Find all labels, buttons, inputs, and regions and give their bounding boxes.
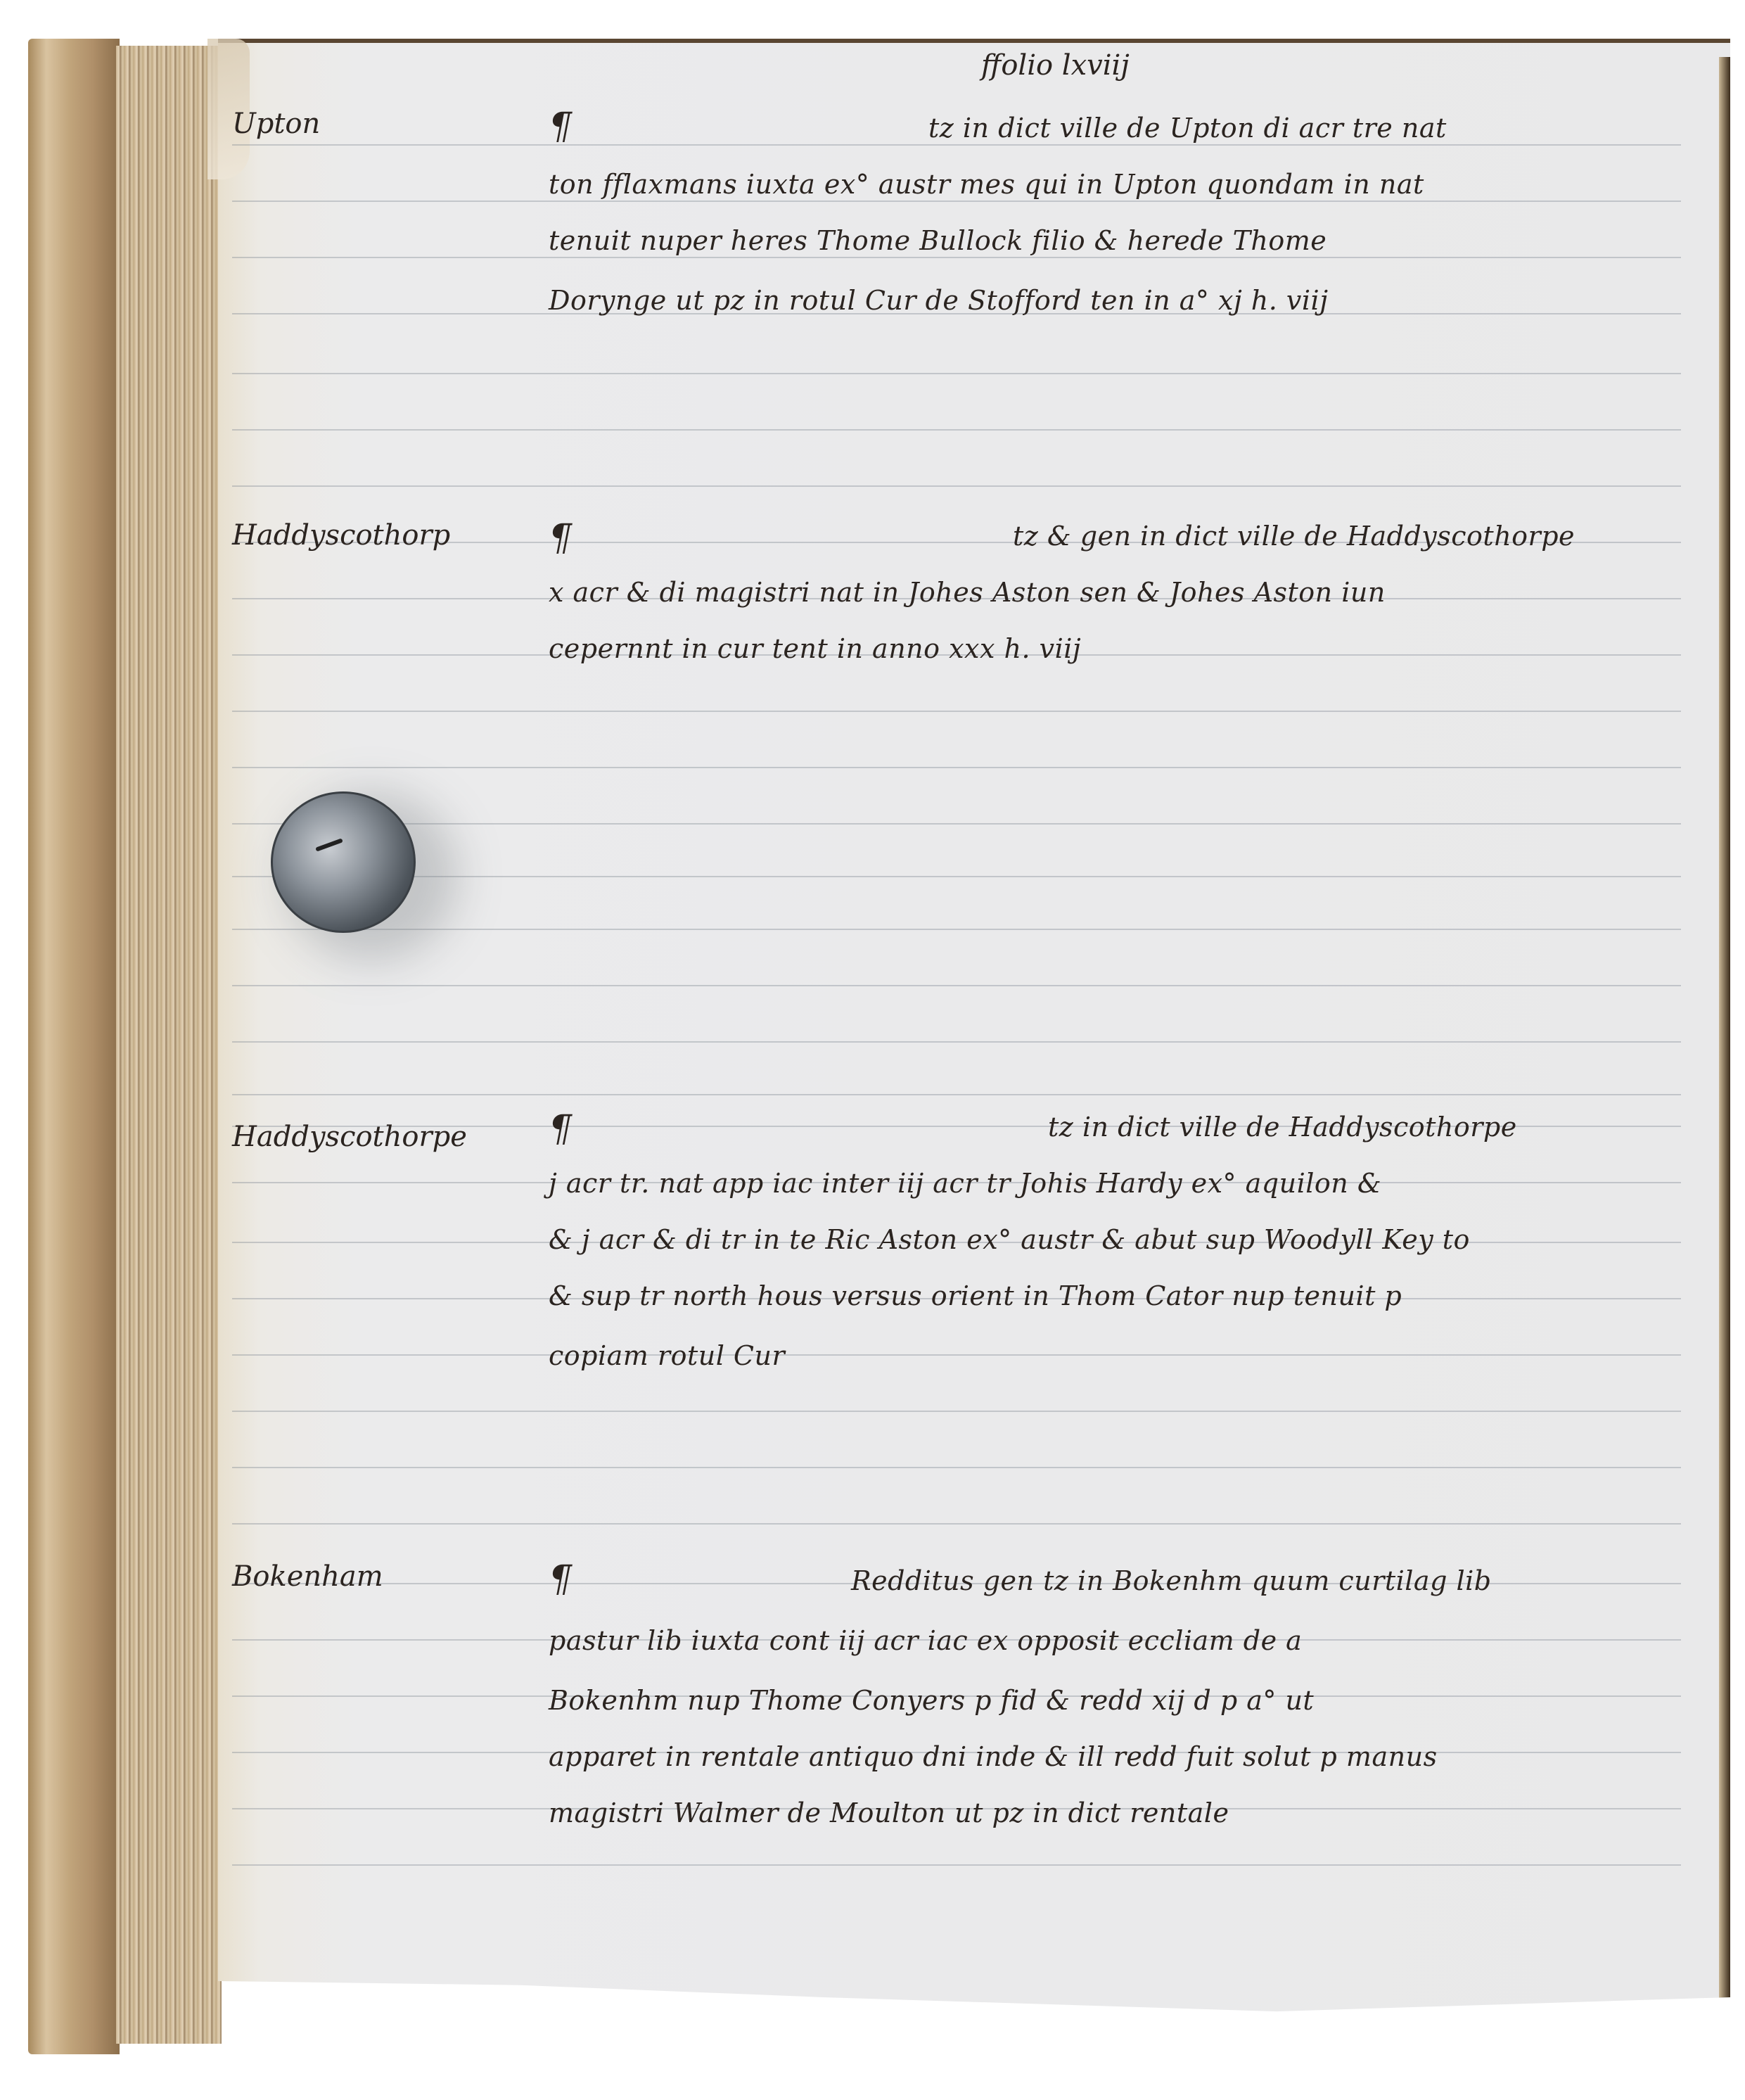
paragraph-mark: ¶ <box>549 1108 572 1150</box>
entry-line: tz in dict ville de Upton di acr tre nat <box>928 113 1447 144</box>
entry-line: copiam rotul Cur <box>549 1340 785 1371</box>
page-edges <box>116 46 222 2044</box>
entry-line: Redditus gen tz in Bokenhm quum curtilag… <box>851 1565 1492 1596</box>
entry-line: & sup tr north hous versus orient in Tho… <box>549 1280 1402 1311</box>
entry-line: j acr tr. nat app iac inter iij acr tr J… <box>549 1168 1381 1199</box>
book-binding <box>28 39 120 2054</box>
entry-line: tz & gen in dict ville de Haddyscothorpe <box>1013 521 1575 552</box>
entry-line: apparet in rentale antiquo dni inde & il… <box>549 1741 1438 1772</box>
paragraph-mark: ¶ <box>549 1558 572 1601</box>
paragraph-mark: ¶ <box>549 106 572 148</box>
entry-line: x acr & di magistri nat in Johes Aston s… <box>549 577 1386 608</box>
entry-line: tz in dict ville de Haddyscothorpe <box>1048 1112 1517 1143</box>
entry-line: tenuit nuper heres Thome Bullock filio &… <box>549 225 1327 256</box>
margin-label: Haddyscothorp <box>232 517 443 554</box>
margin-label: Upton <box>232 106 443 142</box>
margin-label: Haddyscothorpe <box>232 1119 443 1155</box>
entry-line: & j acr & di tr in te Ric Aston ex° aust… <box>549 1224 1470 1255</box>
entry-line: magistri Walmer de Moulton ut pz in dict… <box>549 1797 1229 1828</box>
entry-line: Bokenhm nup Thome Conyers p fid & redd x… <box>549 1685 1314 1716</box>
silver-page-weight <box>271 791 416 933</box>
margin-label: Bokenham <box>232 1558 443 1595</box>
entry-line: ton fflaxmans iuxta ex° austr mes qui in… <box>549 169 1424 200</box>
entry-line: pastur lib iuxta cont iij acr iac ex opp… <box>549 1625 1302 1656</box>
folio-heading: ffolio lxviij <box>981 49 1130 82</box>
entry-line: cepernnt in cur tent in anno xxx h. viij <box>549 633 1081 664</box>
page-right-edge <box>1719 57 1730 2048</box>
paragraph-mark: ¶ <box>549 517 572 559</box>
entry-line: Dorynge ut pz in rotul Cur de Stofford t… <box>549 285 1329 316</box>
